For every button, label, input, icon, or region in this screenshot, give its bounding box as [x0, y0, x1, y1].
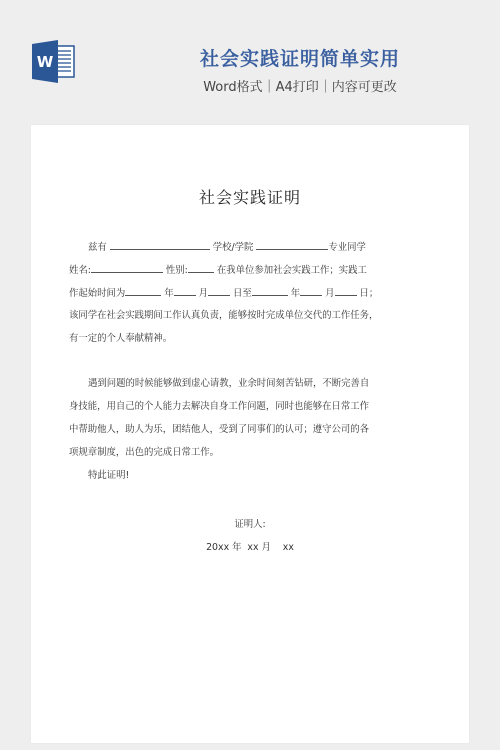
text: 学校/学院 — [213, 242, 254, 253]
document-title: 社会实践证明 — [31, 185, 469, 208]
text: 在我单位参加社会实践工作；实践工 — [217, 265, 367, 276]
end-day-blank — [335, 287, 357, 296]
header-subtitle: Word格式｜A4打印｜内容可更改 — [150, 76, 450, 95]
text: 作起始时间为 — [69, 288, 125, 299]
text: 日； — [360, 288, 379, 299]
text: 姓名: — [69, 265, 91, 276]
major-blank — [256, 241, 328, 250]
para1-line1: 兹有 学校/学院 专业同学 — [69, 241, 414, 254]
text: 性别: — [166, 265, 188, 276]
text: 年 — [164, 288, 173, 299]
para1-line3: 作起始时间为 年 月 日至 年 月 日； — [69, 287, 414, 300]
para1-line4: 该同学在社会实践期间工作认真负责，能够按时完成单位交代的工作任务， — [69, 310, 414, 322]
date-line: 20xx 年 xx 月 xx — [31, 539, 469, 553]
svg-text:W: W — [37, 53, 54, 71]
start-day-blank — [208, 287, 230, 296]
signer-label: 证明人: — [31, 516, 469, 530]
start-year-blank — [125, 287, 161, 296]
para2-line3: 中帮助他人，助人为乐，团结他人，受到了同事们的认可；遵守公司的各 — [69, 424, 414, 436]
para2-line4: 项规章制度，出色的完成日常工作。 — [69, 447, 414, 459]
text: 年 — [291, 288, 300, 299]
text: 日至 — [233, 288, 252, 299]
text: 兹有 — [88, 242, 107, 253]
start-month-blank — [174, 287, 196, 296]
para2-line1: 遇到问题的时候能够做到虚心请教，业余时间刻苦钻研，不断完善自 — [69, 378, 414, 390]
end-month-blank — [300, 287, 322, 296]
closing: 特此证明! — [69, 470, 414, 482]
name-blank — [91, 264, 163, 273]
text: 月 — [199, 288, 208, 299]
school-blank — [110, 241, 210, 250]
header-title: 社会实践证明简单实用 — [150, 44, 450, 71]
gender-blank — [188, 264, 214, 273]
para1-line2: 姓名: 性别: 在我单位参加社会实践工作；实践工 — [69, 264, 414, 277]
text: 月 — [325, 288, 334, 299]
header: W 社会实践证明简单实用 Word格式｜A4打印｜内容可更改 — [0, 0, 500, 125]
para1-line5: 有一定的个人奉献精神。 — [69, 333, 414, 345]
document-page: 社会实践证明 兹有 学校/学院 专业同学 姓名: 性别: 在我单位参加社会实践工… — [31, 125, 469, 743]
end-year-blank — [252, 287, 288, 296]
text: 专业同学 — [328, 242, 366, 253]
para2-line2: 身技能，用自己的个人能力去解决自身工作问题，同时也能够在日常工作 — [69, 401, 414, 413]
word-icon: W — [32, 40, 76, 83]
